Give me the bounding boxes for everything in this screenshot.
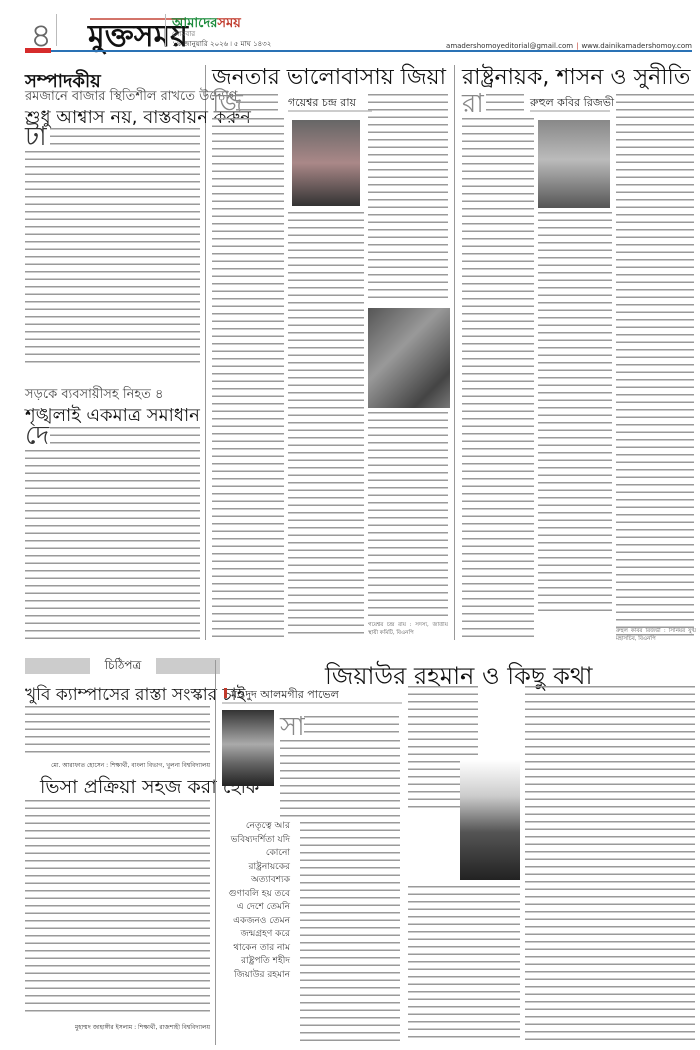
byline-rule	[288, 110, 372, 112]
statesman-body	[538, 212, 612, 612]
statesman-body	[486, 94, 524, 116]
statesman-headline: রাষ্ট্রনায়ক, শাসন ও সুনীতি	[462, 60, 690, 97]
letter1-body	[25, 706, 210, 756]
author-photo	[538, 120, 610, 208]
zia-body	[368, 412, 448, 617]
column-divider	[215, 660, 216, 1045]
page-number: ৪	[30, 10, 52, 67]
zia-body	[212, 118, 284, 638]
zia-body	[288, 212, 364, 638]
zia-body	[368, 94, 448, 304]
statesman-body	[616, 94, 694, 639]
ziaur-body	[304, 716, 399, 738]
ziaur-body	[525, 686, 695, 1041]
byline-rule	[530, 110, 610, 112]
statesman-dropcap: রা	[462, 93, 484, 115]
header-accent	[25, 48, 51, 53]
author-photo	[292, 120, 360, 206]
website-link[interactable]: www.dainikamadershomoy.com	[581, 42, 692, 50]
pull-quote: নেতৃত্বে আর ভবিষ্যদর্শিতা যদি কোনো রাষ্ট…	[222, 820, 290, 982]
date: ১৯ জানুয়ারি ২০২৬ ৷ ৫ মাঘ ১৪৩২	[172, 38, 271, 50]
ziaur-body	[300, 822, 400, 1042]
editorial-body	[25, 151, 200, 366]
column-divider	[454, 65, 455, 640]
editorial-body	[50, 128, 200, 150]
header-rule	[25, 50, 692, 52]
separator: |	[576, 42, 578, 50]
zia-body	[236, 94, 278, 116]
byline-rule	[222, 702, 402, 704]
contact-info: amadershomoyeditorial@gmail.com|www.dain…	[446, 42, 692, 50]
statesman-body	[462, 118, 534, 638]
letters-label: চিঠিপত্র	[90, 657, 156, 675]
zia-headline: জনতার ভালোবাসায় জিয়া	[212, 60, 446, 97]
logo-part2: সময়	[217, 16, 240, 31]
ziaur-body	[280, 740, 400, 820]
header-divider	[56, 14, 57, 46]
editorial2-body	[50, 427, 200, 449]
historic-photo	[368, 308, 450, 408]
email-link[interactable]: amadershomoyeditorial@gmail.com	[446, 42, 573, 50]
letter2-signature: মুহাম্মদ জাহাঙ্গীর ইসলাম : শিক্ষার্থী, র…	[25, 1022, 210, 1033]
statesman-author-note: রুহুল কবির রিজভী : সিনিয়র যুগ্ম মহাসচিব…	[616, 628, 696, 646]
editorial2-body	[25, 450, 200, 645]
editorial2-dropcap: দে	[25, 425, 49, 447]
author-photo	[222, 710, 274, 786]
column-divider	[205, 65, 206, 640]
ziaur-body	[408, 886, 520, 1041]
ziaur-dropcap: সা	[280, 716, 305, 738]
byline-marker	[224, 688, 227, 698]
zia-photo	[460, 760, 520, 880]
zia-author-note: গয়েশ্বর চন্দ্র রায় : সদস্য, জাতীয় স্থ…	[368, 622, 448, 642]
header-divider	[165, 14, 166, 46]
editorial-dropcap: টা	[25, 126, 47, 148]
letter2-body	[25, 800, 210, 1015]
letter1-signature: মো. আরাফাত হোসেন : শিক্ষার্থী, বাংলা বিভ…	[25, 760, 210, 771]
